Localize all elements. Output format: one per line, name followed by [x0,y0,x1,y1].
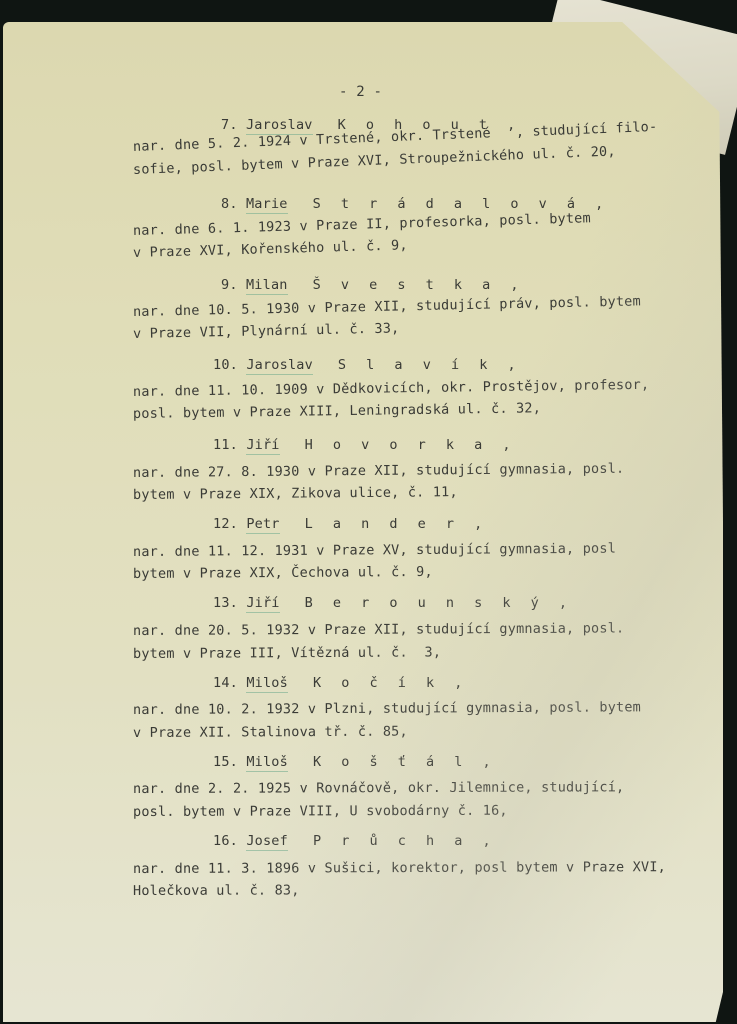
entry-number: 10. [213,357,246,373]
entry-surname: P r ů c h a , [313,833,497,849]
entry-number: 13. [213,595,246,611]
entry-heading: 15. Miloš K o š ť á l , [213,754,497,770]
entry-number: 7. [221,117,246,133]
entry-detail-line: bytem v Praze XIX, Zikova ulice, č. 11, [133,484,458,503]
entry-surname: Š v e s t k a , [313,277,525,293]
entry-number: 8. [221,196,246,212]
entry-detail-line: nar. dne 6. 1. 1923 v Praze II, profesor… [133,210,591,239]
entry-first-name: Petr [246,516,279,534]
entry-number: 16. [213,833,246,849]
entry-detail-line: v Praze VII, Plynární ul. č. 33, [133,320,400,342]
typewritten-page: - 2 - 7. Jaroslav K o h o u t ,nar. dne … [3,22,723,1022]
entry-heading: 14. Miloš K o č í k , [213,675,468,691]
entry-surname: K o č í k , [313,675,468,691]
entry-detail-line: bytem v Praze III, Vítězná ul. č. 3, [133,644,441,662]
entry-heading: 8. Marie S t r á d a l o v á , [221,196,609,212]
entry-heading: 16. Josef P r ů c h a , [213,833,497,849]
entry-detail-line: nar. dne 11. 10. 1909 v Dědkovicích, okr… [133,377,650,400]
entry-first-name: Marie [246,196,288,214]
entry-number: 9. [221,277,246,293]
entry-detail-line: nar. dne 10. 5. 1930 v Praze XII, studuj… [133,293,641,320]
entry-detail-line: nar. dne 20. 5. 1932 v Praze XII, studuj… [133,620,624,639]
entry-number: 12. [213,516,246,532]
entry-number: 11. [213,437,246,453]
entry-detail-line: nar. dne 10. 2. 1932 v Plzni, studující … [133,699,641,718]
entry-first-name: Jiří [246,595,279,613]
entry-detail-line: posl. bytem v Praze XIII, Leningradská u… [133,400,541,422]
entry-number: 15. [213,754,246,770]
entry-heading: 10. Jaroslav S l a v í k , [213,357,522,373]
entry-number: 14. [213,675,246,691]
entry-first-name: Milan [246,277,288,295]
entry-first-name: Jaroslav [246,357,313,375]
entry-heading: 9. Milan Š v e s t k a , [221,277,525,293]
entry-first-name: Jiří [246,437,279,455]
entry-detail-line: nar. dne 27. 8. 1930 v Praze XII, studuj… [133,461,624,481]
entry-detail-line: Holečkova ul. č. 83, [133,882,300,899]
entry-surname: S t r á d a l o v á , [313,196,610,212]
entry-detail-line: v Praze XVI, Kořenského ul. č. 9, [133,237,408,261]
entry-first-name: Miloš [246,754,288,772]
entry-detail-line: v Praze XII. Stalinova tř. č. 85, [133,724,408,741]
entry-surname: H o v o r k a , [305,437,517,453]
entry-detail-line: posl. bytem v Praze VIII, U svobodárny č… [133,803,508,820]
entry-heading: 12. Petr L a n d e r , [213,516,488,532]
entry-detail-line: nar. dne 2. 2. 1925 v Rovnáčově, okr. Ji… [133,779,624,797]
entry-detail-line: nar. dne 11. 12. 1931 v Praze XV, studuj… [133,541,616,560]
entry-surname: L a n d e r , [305,516,489,532]
entry-heading: 13. Jiří B e r o u n s k ý , [213,595,573,611]
entry-detail-line: bytem v Praze XIX, Čechova ul. č. 9, [133,564,433,582]
page-number: - 2 - [339,84,382,100]
entry-surname: B e r o u n s k ý , [305,595,573,611]
entry-first-name: Josef [246,833,288,851]
entry-first-name: Miloš [246,675,288,693]
entry-surname: S l a v í k , [338,357,522,373]
entry-surname: K o š ť á l , [313,754,497,770]
entry-heading: 11. Jiří H o v o r k a , [213,437,517,453]
entry-detail-line: nar. dne 11. 3. 1896 v Sušici, korektor,… [133,859,666,877]
